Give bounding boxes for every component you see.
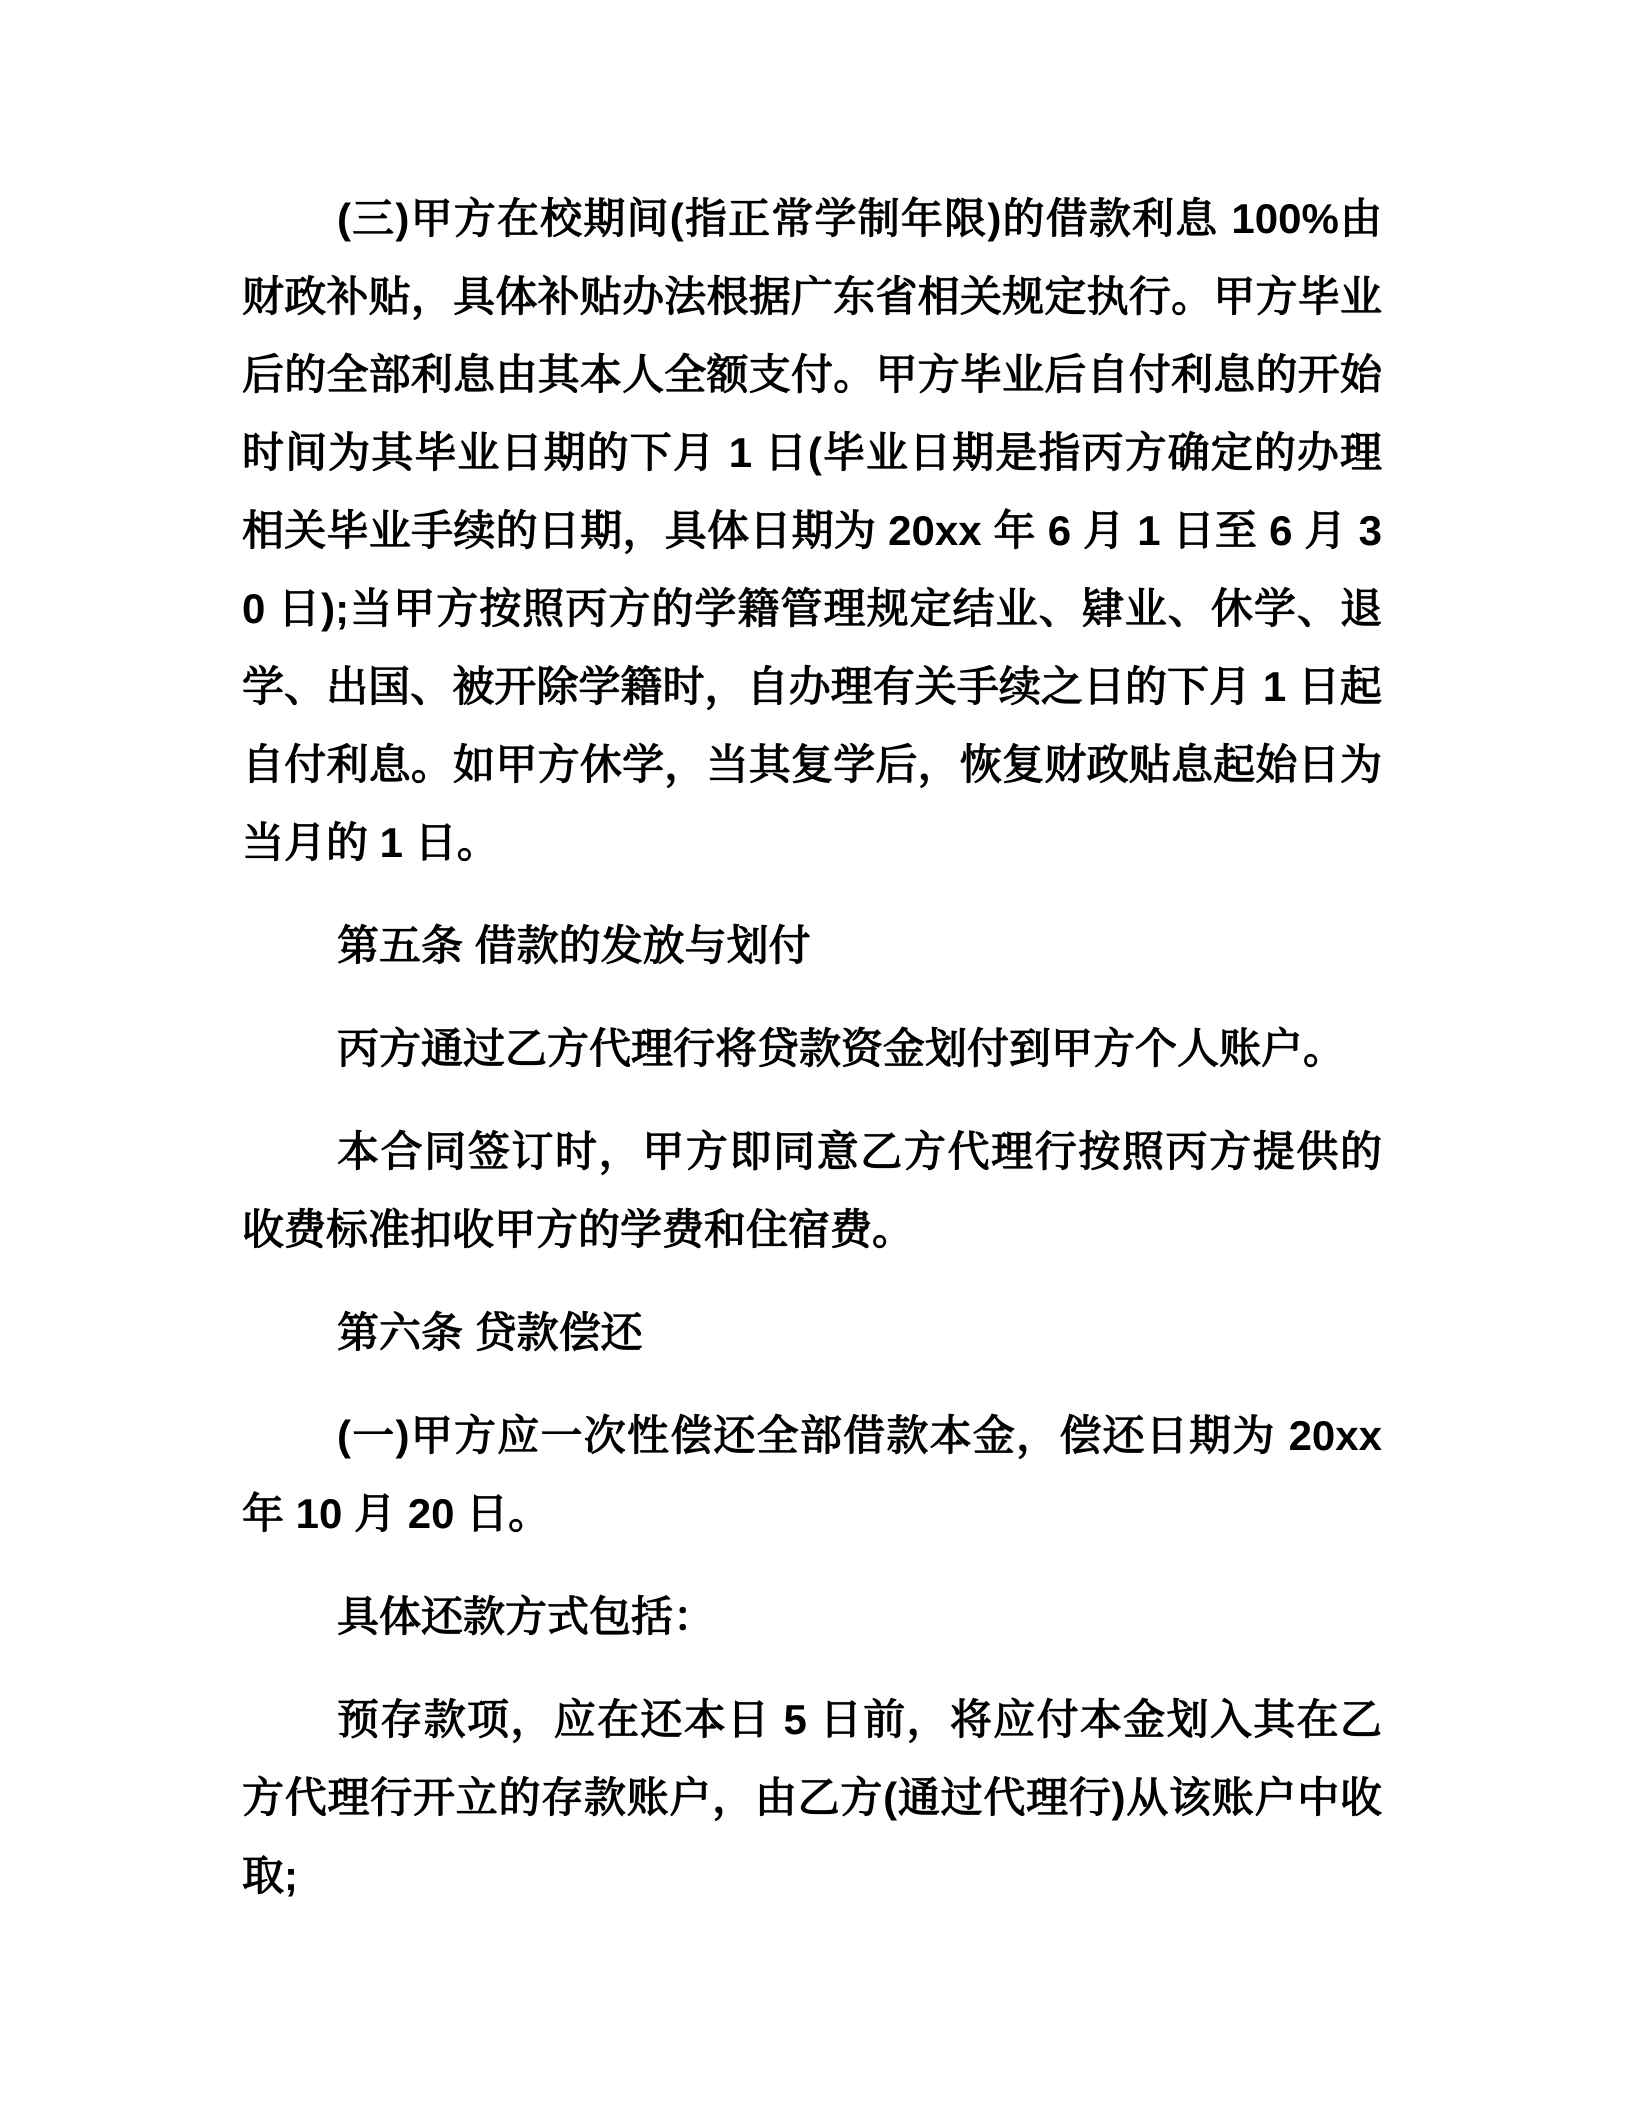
paragraph-fee-deduction: 本合同签订时，甲方即同意乙方代理行按照丙方提供的收费标准扣收甲方的学费和住宿费。 xyxy=(242,1113,1382,1269)
document-page: (三)甲方在校期间(指正常学制年限)的借款利息 100%由财政补贴，具体补贴办法… xyxy=(0,0,1632,2112)
paragraph-repayment-date: (一)甲方应一次性偿还全部借款本金，偿还日期为 20xx 年 10 月 20 日… xyxy=(242,1397,1382,1553)
paragraph-prepaid-funds: 预存款项，应在还本日 5 日前，将应付本金划入其在乙方代理行开立的存款账户，由乙… xyxy=(242,1681,1382,1915)
heading-article-five: 第五条 借款的发放与划付 xyxy=(242,907,1382,985)
paragraph-clause-three: (三)甲方在校期间(指正常学制年限)的借款利息 100%由财政补贴，具体补贴办法… xyxy=(242,180,1382,882)
paragraph-loan-disbursement: 丙方通过乙方代理行将贷款资金划付到甲方个人账户。 xyxy=(242,1010,1382,1088)
paragraph-repayment-methods-intro: 具体还款方式包括： xyxy=(242,1578,1382,1656)
heading-article-six: 第六条 贷款偿还 xyxy=(242,1294,1382,1372)
